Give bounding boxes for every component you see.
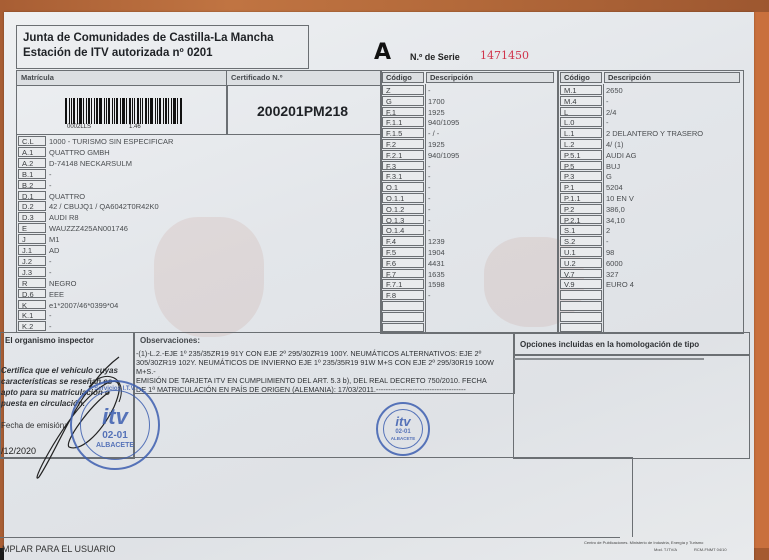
middle_table.rows-value: - xyxy=(428,205,431,214)
right_table.rows-code: P.5 xyxy=(560,161,602,171)
middle-divider xyxy=(425,84,426,332)
right_table.rows-code xyxy=(560,323,602,333)
left_fields-value: - xyxy=(49,322,52,331)
left_fields-value: QUATTRO xyxy=(49,192,85,201)
right_table.rows-code: L.2 xyxy=(560,139,602,149)
left_fields-code: D.2 xyxy=(18,201,46,211)
middle_table.rows-value: 1925 xyxy=(428,108,445,117)
certificado-header: Certificado N.º xyxy=(226,70,382,86)
itv-logo-icon: itv xyxy=(72,404,158,430)
middle-col-code: Código xyxy=(382,72,424,83)
middle_table.rows-code: F.2 xyxy=(382,139,424,149)
middle_table.rows-value: 4431 xyxy=(428,259,445,268)
series-letter: A xyxy=(374,40,391,65)
ref: RCM-FNMT 04/10 xyxy=(694,547,727,552)
right_table.rows-code: P.5.1 xyxy=(560,150,602,160)
middle_table.rows-code: F.4 xyxy=(382,236,424,246)
certificado-box: 200201PM218 xyxy=(226,85,382,135)
middle_table.rows-value: - xyxy=(428,162,431,171)
middle_table.rows-code: F.3.1 xyxy=(382,171,424,181)
left_fields-code: R xyxy=(18,278,46,288)
right_table.rows-code: V.7 xyxy=(560,269,602,279)
right_table.rows-value: 327 xyxy=(606,270,619,279)
middle_table.rows-code: F.8 xyxy=(382,290,424,300)
middle_table.rows-code: O.1.2 xyxy=(382,204,424,214)
inspector-label: El organismo inspector xyxy=(5,336,94,345)
observaciones-box: Observaciones: -(1)-L.2.-EJE 1º 235/35ZR… xyxy=(133,332,515,394)
left_fields-code: C.L xyxy=(18,136,46,146)
right_table.rows-code: M.1 xyxy=(560,85,602,95)
obs-line-1: -(1)-L.2.-EJE 1º 235/35ZR19 91Y CON EJE … xyxy=(136,349,481,358)
middle_table.rows-code xyxy=(382,323,424,333)
middle_table.rows-value: 940/1095 xyxy=(428,151,459,160)
right_table.rows-value: - xyxy=(606,97,609,106)
series-label: N.º de Serie xyxy=(410,52,460,62)
middle_table.rows-code: O.1.4 xyxy=(382,225,424,235)
left_fields-code: J xyxy=(18,234,46,244)
middle_table.rows-code: Z xyxy=(382,85,424,95)
left_fields-code: A.2 xyxy=(18,158,46,168)
obs-line-5: DE 1ª MATRICULACIÓN EN PAÍS DE ORIGEN (A… xyxy=(136,385,466,394)
issuer-line-2: Estación de ITV autorizada nº 0201 xyxy=(23,46,213,61)
right_table.rows-code xyxy=(560,312,602,322)
left_fields-code: E xyxy=(18,223,46,233)
right-col-desc: Descripción xyxy=(604,72,740,83)
right_table.rows-code: P.3 xyxy=(560,171,602,181)
right_table.rows-code: P.2.1 xyxy=(560,215,602,225)
table-surface-right xyxy=(754,12,769,560)
left_fields-value: EEE xyxy=(49,290,64,299)
left_fields-value: 42 / CBUJQ1 / QA6042T0R42K0 xyxy=(49,202,159,211)
middle_table.rows-code: F.1.5 xyxy=(382,128,424,138)
left_fields-code: B.1 xyxy=(18,169,46,179)
middle_table.rows-code: F.1 xyxy=(382,107,424,117)
right_table.rows-value: 2 DELANTERO Y TRASERO xyxy=(606,129,703,138)
left_fields-value: D-74148 NECKARSULM xyxy=(49,159,132,168)
left_fields-code: J.3 xyxy=(18,267,46,277)
middle_table.rows-value: 1598 xyxy=(428,280,445,289)
certificado-label: Certificado N.º xyxy=(231,73,283,82)
middle_table.rows-code: F.6 xyxy=(382,258,424,268)
right_table.rows-value: 6000 xyxy=(606,259,623,268)
right_table.rows-code xyxy=(560,290,602,300)
obs-line-2: 305/30ZR19 102Y. NEUMÁTICOS DE INVIERNO … xyxy=(136,358,494,367)
barcode-left-text: 0002LLS xyxy=(67,124,91,130)
obs-line-4: EMISIÓN DE TARJETA ITV EN CUMPLIMIENTO D… xyxy=(136,376,487,385)
left_fields-code: J.2 xyxy=(18,256,46,266)
right_table.rows-code: L xyxy=(560,107,602,117)
issuer-header: Junta de Comunidades de Castilla-La Manc… xyxy=(16,25,309,69)
middle_table.rows-code: O.1.3 xyxy=(382,215,424,225)
middle_table.rows-code: O.1 xyxy=(382,182,424,192)
issuer-line-1: Junta de Comunidades de Castilla-La Manc… xyxy=(23,31,274,46)
right-col-code: Código xyxy=(560,72,602,83)
itv-stamp-center: itv 02-01 ALBACETE xyxy=(376,402,430,456)
right_table.rows-value: 34,10 xyxy=(606,216,625,225)
right_table.rows-code: V.9 xyxy=(560,279,602,289)
right_table.rows-value: 10 EN V xyxy=(606,194,634,203)
copy-label: MPLAR PARA EL USUARIO xyxy=(2,544,116,554)
rule-3 xyxy=(632,457,633,537)
left_fields-value: - xyxy=(49,268,52,277)
left_fields-value: AUDI R8 xyxy=(49,213,79,222)
right_table.rows-code: U.1 xyxy=(560,247,602,257)
itv-stamp-left: itv 02-01 ALBACETE Servicios I.T.V. xyxy=(70,380,160,470)
right_table.rows-code: S.1 xyxy=(560,225,602,235)
left_fields-value: - xyxy=(49,181,52,190)
left_fields-value: e1*2007/46*0399*04 xyxy=(49,301,118,310)
right-divider xyxy=(603,84,604,332)
right_table.rows-code: S.2 xyxy=(560,236,602,246)
itv-card-document: Junta de Comunidades de Castilla-La Manc… xyxy=(4,12,754,560)
middle_table.rows-code xyxy=(382,312,424,322)
middle_table.rows-code: F.3 xyxy=(382,161,424,171)
certificado-number: 200201PM218 xyxy=(257,103,348,119)
left_fields-value: - xyxy=(49,257,52,266)
middle_table.rows-code: F.2.1 xyxy=(382,150,424,160)
right_table.rows-value: 4/ (1) xyxy=(606,140,624,149)
right_table.rows-value: - xyxy=(606,118,609,127)
middle_table.rows-value: - xyxy=(428,172,431,181)
right_table.rows-code: P.1 xyxy=(560,182,602,192)
right_table.rows-value: 5204 xyxy=(606,183,623,192)
left_fields-code: D.6 xyxy=(18,289,46,299)
middle_table.rows-code: O.1.1 xyxy=(382,193,424,203)
left_fields-code: D.1 xyxy=(18,191,46,201)
right_table.rows-code: P.1.1 xyxy=(560,193,602,203)
middle_table.rows-code: G xyxy=(382,96,424,106)
middle-col-desc: Descripción xyxy=(426,72,554,83)
middle_table.rows-value: - xyxy=(428,226,431,235)
barcode xyxy=(65,98,183,124)
middle_table.rows-code: F.7 xyxy=(382,269,424,279)
left_fields-value: AD xyxy=(49,246,59,255)
matricula-label: Matrícula xyxy=(21,73,54,82)
middle_table.rows-value: 1239 xyxy=(428,237,445,246)
left_fields-value: - xyxy=(49,170,52,179)
left_fields-value: - xyxy=(49,311,52,320)
series-number: 1471450 xyxy=(480,49,529,62)
matricula-box: 0002LLS 1.46 xyxy=(16,85,228,135)
publisher: Centro de Publicaciones. Ministerio de I… xyxy=(584,540,703,545)
left_fields-code: D.3 xyxy=(18,212,46,222)
left_fields-value: M1 xyxy=(49,235,59,244)
middle_table.rows-code: F.7.1 xyxy=(382,279,424,289)
left_fields-code: A.1 xyxy=(18,147,46,157)
right_table.rows-value: 2 xyxy=(606,226,610,235)
opciones-header: Opciones incluidas en la homologación de… xyxy=(513,332,750,356)
right_table.rows-value: 386,0 xyxy=(606,205,625,214)
opciones-label: Opciones incluidas en la homologación de… xyxy=(520,340,699,349)
left_fields-value: QUATTRO GMBH xyxy=(49,148,110,157)
right_table.rows-value: - xyxy=(606,237,609,246)
left_fields-value: WAUZZZ425AN001746 xyxy=(49,224,128,233)
opciones-rule xyxy=(514,358,704,360)
middle_table.rows-value: 940/1095 xyxy=(428,118,459,127)
right_table.rows-code: L.0 xyxy=(560,117,602,127)
opciones-box xyxy=(513,354,750,459)
rule-2 xyxy=(0,537,620,538)
right_table.rows-code xyxy=(560,301,602,311)
middle_table.rows-value: - xyxy=(428,86,431,95)
left_fields-value: NEGRO xyxy=(49,279,77,288)
middle_table.rows-value: - xyxy=(428,194,431,203)
middle_table.rows-value: 1925 xyxy=(428,140,445,149)
right_table.rows-code: L.1 xyxy=(560,128,602,138)
itv-logo-icon-small: itv xyxy=(378,414,428,429)
left_fields-value: 1000 - TURISMO SIN ESPECIFICAR xyxy=(49,137,173,146)
middle_table.rows-value: - xyxy=(428,216,431,225)
middle_table.rows-value: 1904 xyxy=(428,248,445,257)
right_table.rows-code: P.2 xyxy=(560,204,602,214)
middle_table.rows-value: - xyxy=(428,291,431,300)
middle_table.rows-value: 1635 xyxy=(428,270,445,279)
model: Mod. T.ITV/A xyxy=(654,547,677,552)
left_fields-code: B.2 xyxy=(18,180,46,190)
middle_table.rows-value: 1700 xyxy=(428,97,445,106)
left_fields-code: K.2 xyxy=(18,321,46,331)
barcode-right-text: 1.46 xyxy=(129,124,141,130)
middle_table.rows-value: - / - xyxy=(428,129,439,138)
right_table.rows-value: AUDI AG xyxy=(606,151,636,160)
right_table.rows-value: 2650 xyxy=(606,86,623,95)
left_fields-code: K.1 xyxy=(18,310,46,320)
right_table.rows-value: EURO 4 xyxy=(606,280,634,289)
left_fields-code: J.1 xyxy=(18,245,46,255)
middle_table.rows-code xyxy=(382,301,424,311)
right_table.rows-value: 98 xyxy=(606,248,614,257)
right_table.rows-code: M.4 xyxy=(560,96,602,106)
middle_table.rows-value: - xyxy=(428,183,431,192)
right_table.rows-value: G xyxy=(606,172,612,181)
right_table.rows-value: BUJ xyxy=(606,162,620,171)
right_table.rows-code: U.2 xyxy=(560,258,602,268)
middle_table.rows-code: F.5 xyxy=(382,247,424,257)
right_table.rows-value: 2/4 xyxy=(606,108,616,117)
middle_table.rows-code: F.1.1 xyxy=(382,117,424,127)
observaciones-label: Observaciones: xyxy=(140,336,200,345)
left_fields-code: K xyxy=(18,300,46,310)
